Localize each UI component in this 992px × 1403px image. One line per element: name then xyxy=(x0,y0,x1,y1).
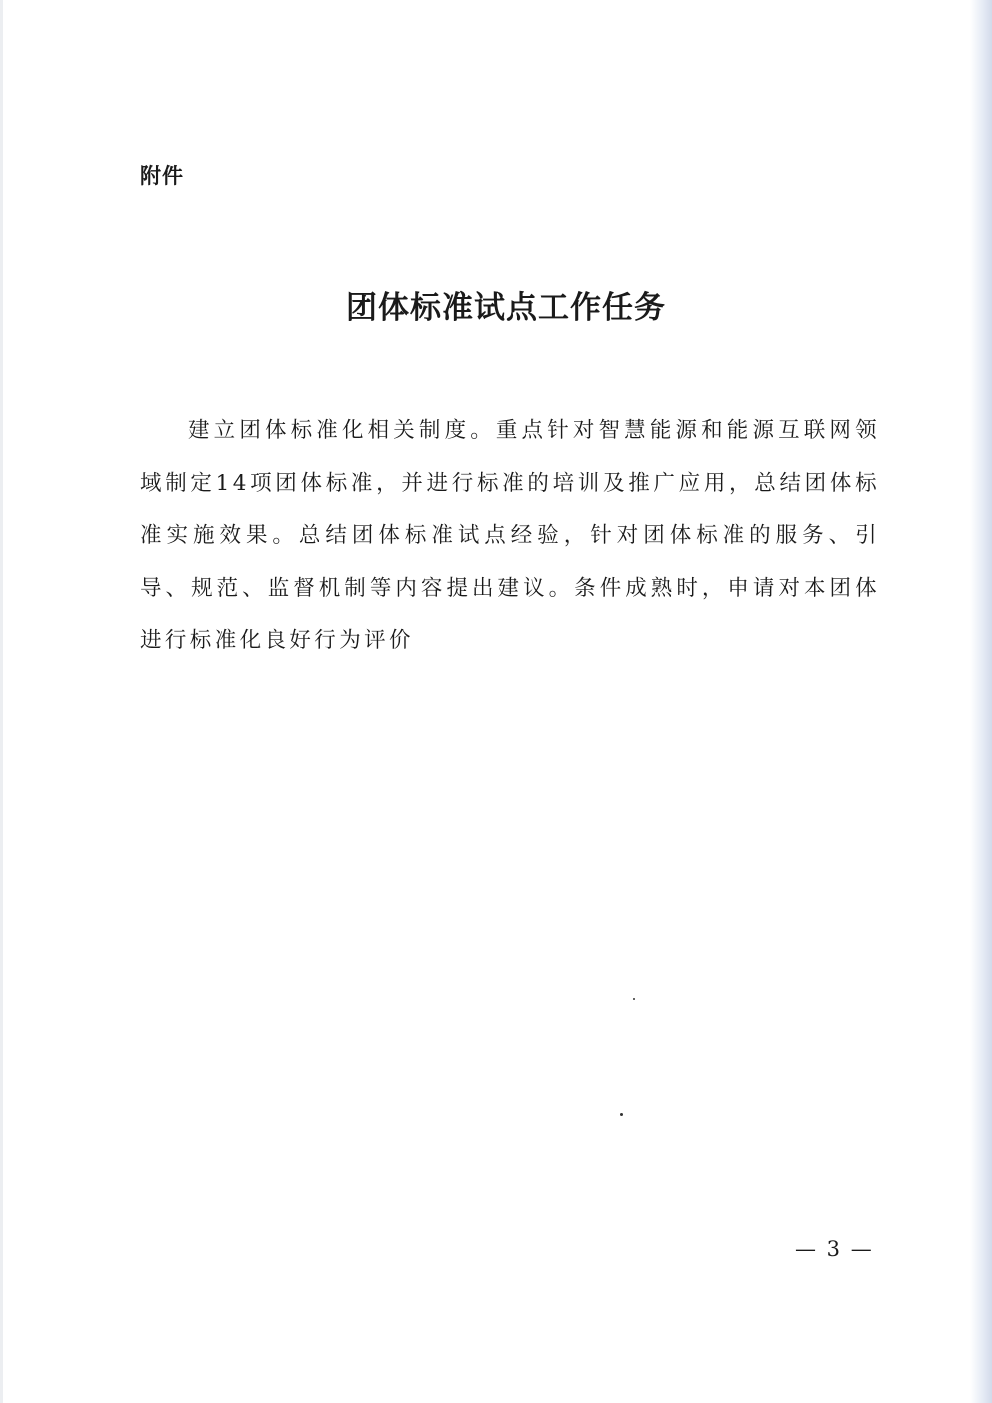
page-number: — 3 — xyxy=(795,1237,874,1261)
scan-speck xyxy=(620,1113,623,1116)
scan-speck xyxy=(633,998,635,1000)
document-page: 附件 团体标准试点工作任务 建立团体标准化相关制度。重点针对智慧能源和能源互联网… xyxy=(0,0,992,1403)
scan-left-edge xyxy=(0,0,3,1403)
document-title: 团体标准试点工作任务 xyxy=(0,282,992,327)
scan-right-edge xyxy=(970,0,992,1403)
attachment-label: 附件 xyxy=(140,160,184,190)
body-paragraph: 建立团体标准化相关制度。重点针对智慧能源和能源互联网领域制定14项团体标准，并进… xyxy=(140,405,880,668)
